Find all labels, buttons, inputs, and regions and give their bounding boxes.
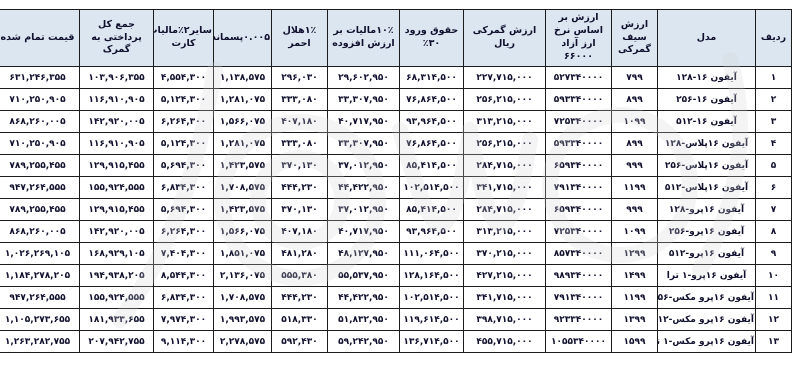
cell-free-rate-value: ۸۵۷۳۴۰۰۰۰: [546, 243, 612, 265]
cell-row-number: ۵: [756, 155, 792, 177]
cell-total-paid-customs: ۱۵۵,۹۲۴,۵۵۵: [80, 177, 154, 199]
cell-customs-value-rial: ۲۸۴,۷۱۵,۰۰۰: [464, 155, 546, 177]
cell-red-crescent: ۴۴۴,۲۳۰: [272, 287, 328, 309]
cell-final-price: ۷۱۰,۲۵۰,۹۰۵: [0, 89, 80, 111]
cell-other-card-tax: ۶,۲۶۴,۳۰۰: [154, 221, 214, 243]
table-row: ۳ آیفون ۱۶-۵۱۲ ۱۰۹۹ ۷۲۵۳۴۰۰۰۰ ۳۱۳,۲۱۵,۰۰…: [0, 111, 792, 133]
cell-vat: ۴۰,۷۱۷,۹۵۰: [328, 111, 400, 133]
cell-row-number: ۱۱: [756, 287, 792, 309]
cell-final-price: ۱,۱۰۵,۲۷۳,۶۵۵: [0, 309, 80, 331]
cell-model: آیفون ۱۶پلاس-۵۱۲: [658, 177, 756, 199]
cell-waste: ۱,۴۲۳,۵۷۵: [214, 199, 272, 221]
cell-customs-value-rial: ۴۲۷,۲۱۵,۰۰۰: [464, 265, 546, 287]
cell-cif-value: ۱۱۹۹: [612, 177, 658, 199]
cell-vat: ۴۴,۴۲۲,۹۵۰: [328, 177, 400, 199]
cell-waste: ۱,۱۳۸,۵۷۵: [214, 67, 272, 89]
cell-row-number: ۱۰: [756, 265, 792, 287]
col-header-cif-value: ارزش سیف گمرکی: [612, 10, 658, 67]
table-row: ۷ آیفون ۱۶پرو-۱۲۸ ۹۹۹ ۶۵۹۳۴۰۰۰۰ ۲۸۴,۷۱۵,…: [0, 199, 792, 221]
cell-waste: ۲,۲۷۸,۵۷۵: [214, 331, 272, 353]
cell-waste: ۱,۷۰۸,۵۷۵: [214, 287, 272, 309]
cell-total-paid-customs: ۱۵۵,۹۲۴,۵۵۵: [80, 287, 154, 309]
cell-row-number: ۹: [756, 243, 792, 265]
cell-other-card-tax: ۴,۵۵۴,۳۰۰: [154, 67, 214, 89]
cell-import-duty: ۷۶,۸۶۴,۵۰۰: [400, 89, 464, 111]
cell-import-duty: ۶۸,۳۱۴,۵۰۰: [400, 67, 464, 89]
col-header-waste: ۰.۰۰۵پسماند: [214, 10, 272, 67]
cell-free-rate-value: ۷۲۵۳۴۰۰۰۰: [546, 111, 612, 133]
cell-import-duty: ۸۵,۴۱۴,۵۰۰: [400, 199, 464, 221]
cell-final-price: ۶۳۱,۲۴۶,۳۵۵: [0, 67, 80, 89]
cell-free-rate-value: ۷۹۱۳۴۰۰۰۰: [546, 287, 612, 309]
cell-row-number: ۸: [756, 221, 792, 243]
cell-cif-value: ۸۹۹: [612, 133, 658, 155]
cell-model: آیفون ۱۶پرو-۵۱۲: [658, 243, 756, 265]
table-row: ۱۱ آیفون ۱۶پرو مکس-۲۵۶ ۱۱۹۹ ۷۹۱۳۴۰۰۰۰ ۳۴…: [0, 287, 792, 309]
cell-vat: ۴۴,۴۲۲,۹۵۰: [328, 287, 400, 309]
cell-other-card-tax: ۵,۶۹۴,۳۰۰: [154, 155, 214, 177]
cell-other-card-tax: ۶,۸۳۴,۳۰۰: [154, 287, 214, 309]
cell-red-crescent: ۵۹۲,۴۳۰: [272, 331, 328, 353]
col-header-model: مدل: [658, 10, 756, 67]
cell-row-number: ۳: [756, 111, 792, 133]
cell-total-paid-customs: ۱۰۳,۹۰۶,۳۵۵: [80, 67, 154, 89]
cell-model: آیفون ۱۶-۵۱۲: [658, 111, 756, 133]
cell-waste: ۱,۹۹۳,۵۷۵: [214, 309, 272, 331]
cell-final-price: ۱,۲۶۳,۲۸۲,۷۵۵: [0, 331, 80, 353]
cell-cif-value: ۱۰۹۹: [612, 221, 658, 243]
cell-final-price: ۱,۰۲۶,۲۶۹,۱۰۵: [0, 243, 80, 265]
cell-model: آیفون ۱۶پرو-۱ ترا: [658, 265, 756, 287]
table-row: ۱۲ آیفون ۱۶پرو مکس-۵۱۲ ۱۳۹۹ ۹۲۳۳۴۰۰۰۰ ۳۹…: [0, 309, 792, 331]
cell-cif-value: ۹۹۹: [612, 199, 658, 221]
table-row: ۶ آیفون ۱۶پلاس-۵۱۲ ۱۱۹۹ ۷۹۱۳۴۰۰۰۰ ۳۴۱,۷۱…: [0, 177, 792, 199]
cell-free-rate-value: ۷۲۵۳۴۰۰۰۰: [546, 221, 612, 243]
cell-other-card-tax: ۵,۱۲۴,۳۰۰: [154, 133, 214, 155]
cell-free-rate-value: ۶۵۹۳۴۰۰۰۰: [546, 199, 612, 221]
cell-row-number: ۱: [756, 67, 792, 89]
cell-import-duty: ۱۱۱,۰۶۴,۵۰۰: [400, 243, 464, 265]
cell-other-card-tax: ۸,۵۴۴,۳۰۰: [154, 265, 214, 287]
cell-red-crescent: ۴۸۱,۲۸۰: [272, 243, 328, 265]
cell-red-crescent: ۳۷۰,۱۳۰: [272, 199, 328, 221]
cell-cif-value: ۱۴۹۹: [612, 265, 658, 287]
cell-free-rate-value: ۶۵۹۳۴۰۰۰۰: [546, 155, 612, 177]
cell-cif-value: ۱۱۹۹: [612, 287, 658, 309]
cell-row-number: ۲: [756, 89, 792, 111]
cell-row-number: ۶: [756, 177, 792, 199]
cell-final-price: ۷۸۹,۲۵۵,۴۵۵: [0, 199, 80, 221]
col-header-vat: ۱۰٪مالیات بر ارزش افزوده: [328, 10, 400, 67]
cell-free-rate-value: ۵۲۷۳۴۰۰۰۰: [546, 67, 612, 89]
cell-import-duty: ۷۶,۸۶۴,۵۰۰: [400, 133, 464, 155]
col-header-other-card-tax: سایر۲٪مالیات کارت: [154, 10, 214, 67]
cell-model: آیفون ۱۶-۱۲۸: [658, 67, 756, 89]
col-header-import-duty: حقوق ورود ۳۰٪: [400, 10, 464, 67]
table-row: ۲ آیفون ۱۶-۲۵۶ ۸۹۹ ۵۹۳۳۴۰۰۰۰ ۲۵۶,۲۱۵,۰۰۰…: [0, 89, 792, 111]
cell-vat: ۵۹,۲۴۲,۹۵۰: [328, 331, 400, 353]
cell-model: آیفون ۱۶پلاس-۱۲۸: [658, 133, 756, 155]
cell-import-duty: ۹۳,۹۶۴,۵۰۰: [400, 221, 464, 243]
cell-model: آیفون ۱۶پرو مکس-۵۱۲: [658, 309, 756, 331]
cell-vat: ۴۰,۷۱۷,۹۵۰: [328, 221, 400, 243]
cell-final-price: ۹۴۷,۲۶۴,۵۵۵: [0, 287, 80, 309]
table-header: ردیف مدل ارزش سیف گمرکی ارزش بر اساس نرخ…: [0, 10, 792, 67]
cell-vat: ۳۷,۰۱۲,۹۵۰: [328, 199, 400, 221]
cell-other-card-tax: ۶,۸۳۴,۳۰۰: [154, 177, 214, 199]
header-row: ردیف مدل ارزش سیف گمرکی ارزش بر اساس نرخ…: [0, 10, 792, 67]
cell-row-number: ۷: [756, 199, 792, 221]
cell-customs-value-rial: ۳۱۳,۲۱۵,۰۰۰: [464, 221, 546, 243]
cell-vat: ۳۳,۳۰۷,۹۵۰: [328, 133, 400, 155]
table-row: ۱۰ آیفون ۱۶پرو-۱ ترا ۱۴۹۹ ۹۸۹۳۴۰۰۰۰ ۴۲۷,…: [0, 265, 792, 287]
table-row: ۱۳ آیفون ۱۶پرو مکس-۱ ترا ۱۵۹۹ ۱۰۵۵۳۴۰۰۰۰…: [0, 331, 792, 353]
cell-red-crescent: ۴۰۷,۱۸۰: [272, 221, 328, 243]
cell-waste: ۱,۵۶۶,۰۷۵: [214, 221, 272, 243]
cell-cif-value: ۷۹۹: [612, 67, 658, 89]
cell-free-rate-value: ۵۹۳۳۴۰۰۰۰: [546, 133, 612, 155]
cell-cif-value: ۱۰۹۹: [612, 111, 658, 133]
cell-import-duty: ۱۲۸,۱۶۴,۵۰۰: [400, 265, 464, 287]
cell-final-price: ۸۶۸,۲۶۰,۰۰۵: [0, 111, 80, 133]
cell-customs-value-rial: ۳۹۸,۷۱۵,۰۰۰: [464, 309, 546, 331]
cell-total-paid-customs: ۱۶۸,۹۲۹,۱۰۵: [80, 243, 154, 265]
cell-model: آیفون ۱۶پرو مکس-۱ ترا: [658, 331, 756, 353]
table-row: ۴ آیفون ۱۶پلاس-۱۲۸ ۸۹۹ ۵۹۳۳۴۰۰۰۰ ۲۵۶,۲۱۵…: [0, 133, 792, 155]
cell-red-crescent: ۲۹۶,۰۳۰: [272, 67, 328, 89]
cell-row-number: ۱۳: [756, 331, 792, 353]
table-row: ۸ آیفون ۱۶پرو-۲۵۶ ۱۰۹۹ ۷۲۵۳۴۰۰۰۰ ۳۱۳,۲۱۵…: [0, 221, 792, 243]
cell-total-paid-customs: ۱۲۹,۹۱۵,۴۵۵: [80, 199, 154, 221]
table-row: ۹ آیفون ۱۶پرو-۵۱۲ ۱۲۹۹ ۸۵۷۳۴۰۰۰۰ ۳۷۰,۲۱۵…: [0, 243, 792, 265]
cell-customs-value-rial: ۲۵۶,۲۱۵,۰۰۰: [464, 89, 546, 111]
cell-vat: ۳۳,۳۰۷,۹۵۰: [328, 89, 400, 111]
cell-total-paid-customs: ۱۹۴,۹۳۸,۲۰۵: [80, 265, 154, 287]
cell-customs-value-rial: ۲۲۷,۷۱۵,۰۰۰: [464, 67, 546, 89]
cell-other-card-tax: ۵,۱۲۴,۳۰۰: [154, 89, 214, 111]
cell-other-card-tax: ۷,۹۷۴,۳۰۰: [154, 309, 214, 331]
table-body: ۱ آیفون ۱۶-۱۲۸ ۷۹۹ ۵۲۷۳۴۰۰۰۰ ۲۲۷,۷۱۵,۰۰۰…: [0, 67, 792, 353]
cell-other-card-tax: ۷,۴۰۴,۳۰۰: [154, 243, 214, 265]
cell-vat: ۴۸,۱۲۷,۹۵۰: [328, 243, 400, 265]
cell-red-crescent: ۴۴۴,۲۳۰: [272, 177, 328, 199]
cell-cif-value: ۸۹۹: [612, 89, 658, 111]
cell-import-duty: ۱۳۶,۷۱۴,۵۰۰: [400, 331, 464, 353]
cell-cif-value: ۱۵۹۹: [612, 331, 658, 353]
col-header-customs-value-rial: ارزش گمرکی ریال: [464, 10, 546, 67]
cell-free-rate-value: ۵۹۳۳۴۰۰۰۰: [546, 89, 612, 111]
cell-red-crescent: ۳۳۳,۰۸۰: [272, 133, 328, 155]
cell-import-duty: ۹۳,۹۶۴,۵۰۰: [400, 111, 464, 133]
iphone-price-table: ردیف مدل ارزش سیف گمرکی ارزش بر اساس نرخ…: [0, 9, 792, 353]
cell-total-paid-customs: ۱۴۲,۹۲۰,۰۰۵: [80, 221, 154, 243]
cell-customs-value-rial: ۳۱۳,۲۱۵,۰۰۰: [464, 111, 546, 133]
cell-cif-value: ۱۲۹۹: [612, 243, 658, 265]
cell-waste: ۱,۷۰۸,۵۷۵: [214, 177, 272, 199]
cell-waste: ۱,۲۸۱,۰۷۵: [214, 89, 272, 111]
cell-total-paid-customs: ۱۸۱,۹۳۳,۶۵۵: [80, 309, 154, 331]
cell-free-rate-value: ۷۹۱۳۴۰۰۰۰: [546, 177, 612, 199]
table-row: ۱ آیفون ۱۶-۱۲۸ ۷۹۹ ۵۲۷۳۴۰۰۰۰ ۲۲۷,۷۱۵,۰۰۰…: [0, 67, 792, 89]
col-header-final-price: قیمت تمام شده: [0, 10, 80, 67]
cell-red-crescent: ۵۵۵,۳۸۰: [272, 265, 328, 287]
cell-model: آیفون ۱۶پرو مکس-۲۵۶: [658, 287, 756, 309]
cell-waste: ۱,۵۶۶,۰۷۵: [214, 111, 272, 133]
cell-vat: ۳۷,۰۱۲,۹۵۰: [328, 155, 400, 177]
cell-customs-value-rial: ۲۵۶,۲۱۵,۰۰۰: [464, 133, 546, 155]
cell-customs-value-rial: ۴۵۵,۷۱۵,۰۰۰: [464, 331, 546, 353]
cell-total-paid-customs: ۱۲۹,۹۱۵,۴۵۵: [80, 155, 154, 177]
cell-row-number: ۴: [756, 133, 792, 155]
cell-customs-value-rial: ۳۴۱,۷۱۵,۰۰۰: [464, 177, 546, 199]
cell-waste: ۱,۴۲۳,۵۷۵: [214, 155, 272, 177]
cell-free-rate-value: ۱۰۵۵۳۴۰۰۰۰: [546, 331, 612, 353]
cell-waste: ۱,۸۵۱,۰۷۵: [214, 243, 272, 265]
cell-customs-value-rial: ۳۴۱,۷۱۵,۰۰۰: [464, 287, 546, 309]
cell-import-duty: ۱۱۹,۶۱۴,۵۰۰: [400, 309, 464, 331]
col-header-free-rate-value: ارزش بر اساس نرخ ارز آزاد ۶۶۰۰۰: [546, 10, 612, 67]
cell-total-paid-customs: ۱۱۶,۹۱۰,۹۰۵: [80, 89, 154, 111]
table-row: ۵ آیفون ۱۶پلاس-۲۵۶ ۹۹۹ ۶۵۹۳۴۰۰۰۰ ۲۸۴,۷۱۵…: [0, 155, 792, 177]
cell-final-price: ۹۴۷,۲۶۴,۵۵۵: [0, 177, 80, 199]
cell-cif-value: ۱۳۹۹: [612, 309, 658, 331]
cell-waste: ۱,۲۸۱,۰۷۵: [214, 133, 272, 155]
cell-total-paid-customs: ۱۴۲,۹۲۰,۰۰۵: [80, 111, 154, 133]
cell-customs-value-rial: ۲۸۴,۷۱۵,۰۰۰: [464, 199, 546, 221]
cell-red-crescent: ۵۱۸,۳۳۰: [272, 309, 328, 331]
cell-red-crescent: ۴۰۷,۱۸۰: [272, 111, 328, 133]
cell-vat: ۵۵,۵۳۷,۹۵۰: [328, 265, 400, 287]
cell-model: آیفون ۱۶-۲۵۶: [658, 89, 756, 111]
col-header-total-paid-customs: جمع کل پرداختی به گمرک: [80, 10, 154, 67]
cell-final-price: ۱,۱۸۴,۲۷۸,۲۰۵: [0, 265, 80, 287]
cell-free-rate-value: ۹۲۳۳۴۰۰۰۰: [546, 309, 612, 331]
cell-final-price: ۸۶۸,۲۶۰,۰۰۵: [0, 221, 80, 243]
cell-model: آیفون ۱۶پلاس-۲۵۶: [658, 155, 756, 177]
col-header-red-crescent: ۱٪هلال احمر: [272, 10, 328, 67]
cell-final-price: ۷۸۹,۲۵۵,۴۵۵: [0, 155, 80, 177]
col-header-row-number: ردیف: [756, 10, 792, 67]
cell-vat: ۵۱,۸۳۲,۹۵۰: [328, 309, 400, 331]
page: { "table": { "columns": [ {"id":"no","la…: [0, 0, 800, 369]
cell-free-rate-value: ۹۸۹۳۴۰۰۰۰: [546, 265, 612, 287]
cell-total-paid-customs: ۲۰۷,۹۴۲,۷۵۵: [80, 331, 154, 353]
cell-model: آیفون ۱۶پرو-۲۵۶: [658, 221, 756, 243]
cell-other-card-tax: ۵,۶۹۴,۳۰۰: [154, 199, 214, 221]
cell-red-crescent: ۳۷۰,۱۳۰: [272, 155, 328, 177]
cell-vat: ۲۹,۶۰۲,۹۵۰: [328, 67, 400, 89]
cell-customs-value-rial: ۳۷۰,۲۱۵,۰۰۰: [464, 243, 546, 265]
cell-red-crescent: ۳۳۳,۰۸۰: [272, 89, 328, 111]
document-sheet: ردیف مدل ارزش سیف گمرکی ارزش بر اساس نرخ…: [0, 0, 800, 353]
cell-import-duty: ۱۰۲,۵۱۴,۵۰۰: [400, 177, 464, 199]
cell-waste: ۲,۱۳۶,۰۷۵: [214, 265, 272, 287]
cell-other-card-tax: ۶,۲۶۴,۳۰۰: [154, 111, 214, 133]
cell-final-price: ۷۱۰,۲۵۰,۹۰۵: [0, 133, 80, 155]
cell-other-card-tax: ۹,۱۱۴,۳۰۰: [154, 331, 214, 353]
cell-cif-value: ۹۹۹: [612, 155, 658, 177]
cell-total-paid-customs: ۱۱۶,۹۱۰,۹۰۵: [80, 133, 154, 155]
cell-import-duty: ۱۰۲,۵۱۴,۵۰۰: [400, 287, 464, 309]
cell-model: آیفون ۱۶پرو-۱۲۸: [658, 199, 756, 221]
cell-row-number: ۱۲: [756, 309, 792, 331]
cell-import-duty: ۸۵,۴۱۴,۵۰۰: [400, 155, 464, 177]
